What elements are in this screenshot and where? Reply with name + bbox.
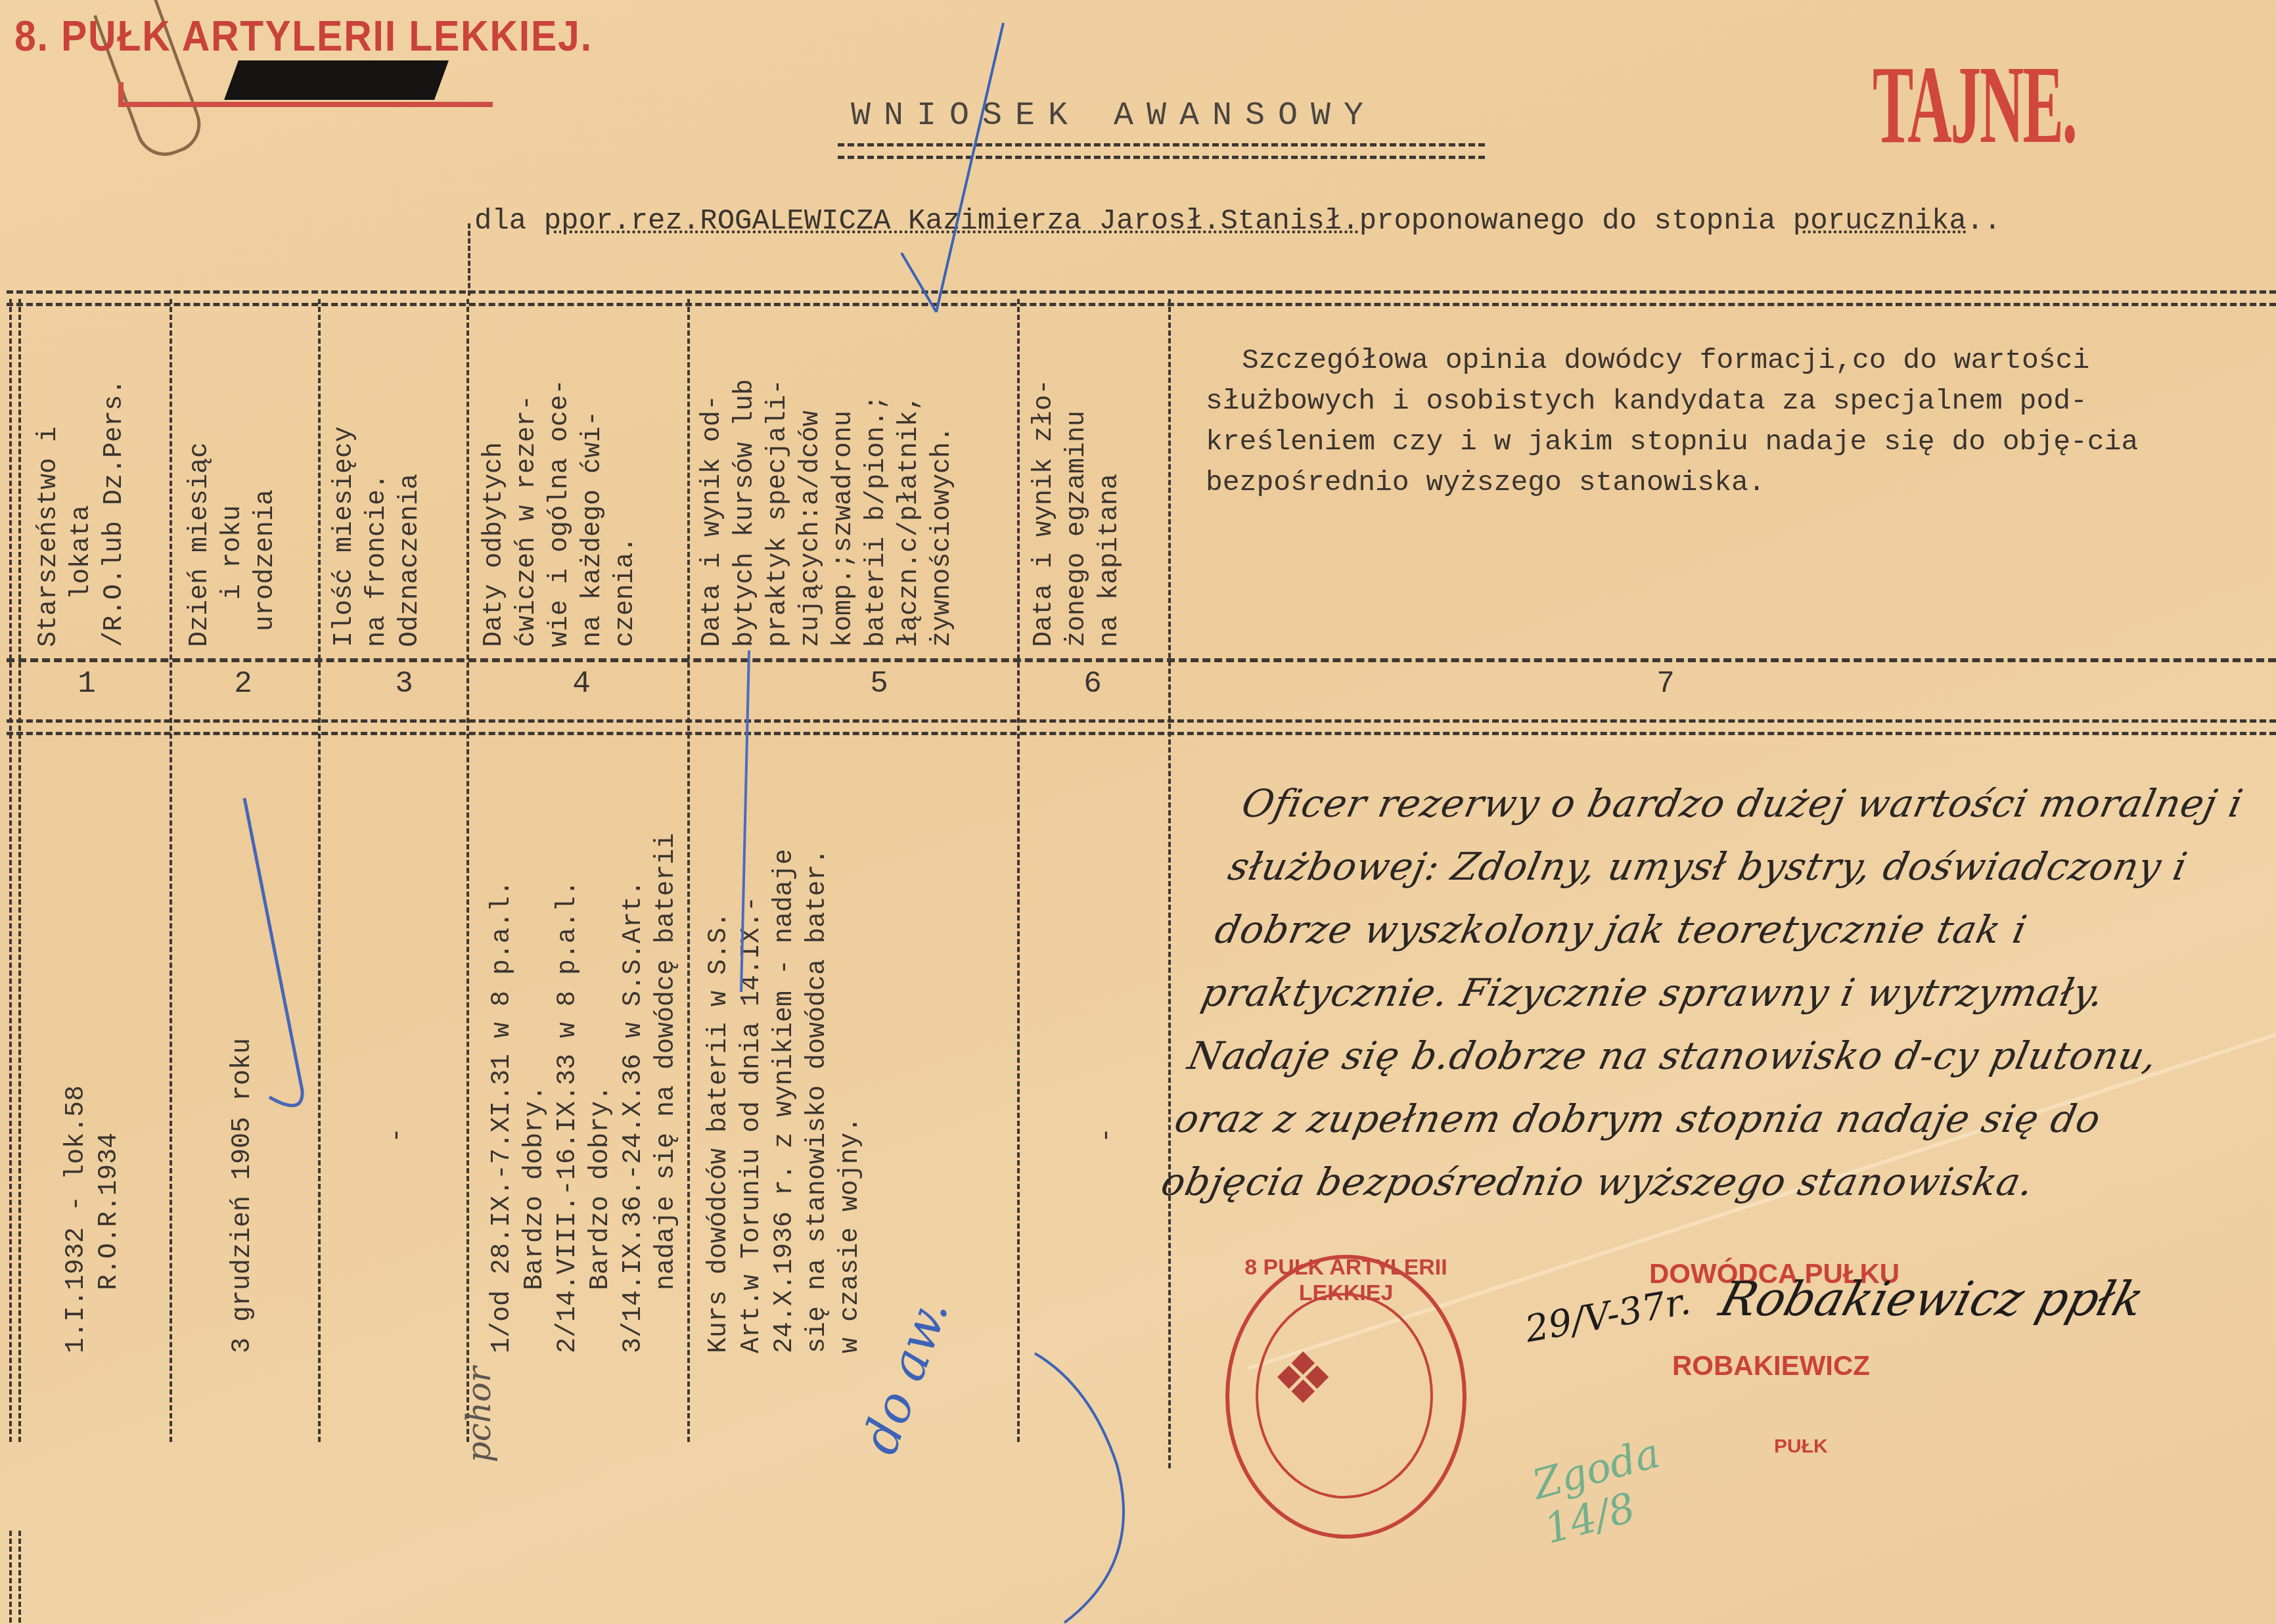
regiment-label-stamp: PUŁK bbox=[1774, 1435, 1828, 1458]
regiment-seal: 8 PUŁK ARTYLERII LEKKIEJ ❖ bbox=[1225, 1255, 1467, 1539]
eagle-emblem-icon: ❖ bbox=[1275, 1318, 1331, 1431]
commander-name-stamp: ROBAKIEWICZ bbox=[1672, 1350, 1870, 1382]
checkmark-icon bbox=[901, 23, 1003, 312]
blue-pencil-marks bbox=[0, 0, 2276, 1624]
check-hook-icon bbox=[244, 798, 302, 1106]
commander-signature: Robakiewicz ppłk bbox=[1714, 1271, 2150, 1326]
